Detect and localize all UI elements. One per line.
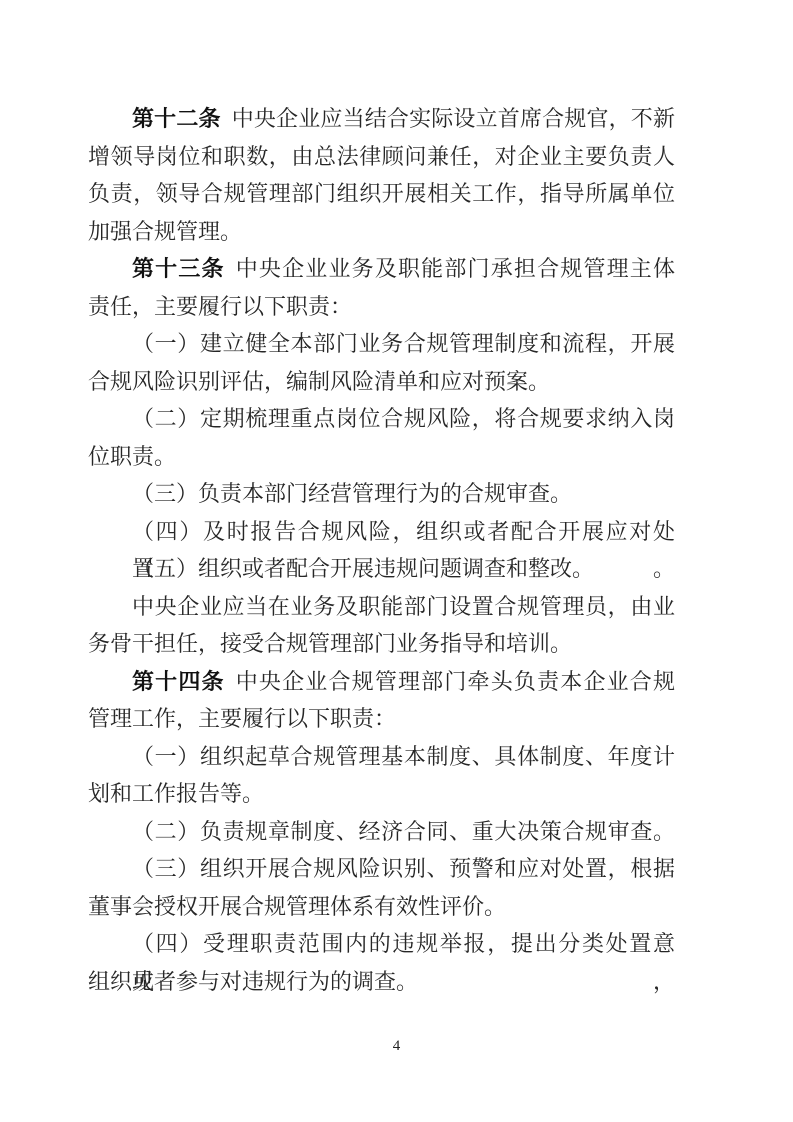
line-text: （一）组织起草合规管理基本制度、具体制度、年度计 [132, 744, 675, 769]
text-line: （五）组织或者配合开展违规问题调查和整改。 [88, 550, 675, 588]
paragraph-article-14: 第十四条中央企业合规管理部门牵头负责本企业合规 管理工作，主要履行以下职责： [88, 663, 675, 738]
line-text: 董事会授权开展合规管理体系有效性评价。 [88, 894, 506, 919]
line-text: （五）组织或者配合开展违规问题调查和整改。 [132, 556, 594, 581]
line-text: 位职责。 [88, 444, 176, 469]
text-line: 第十三条中央企业业务及职能部门承担合规管理主体 [88, 250, 675, 288]
text-line: （一）建立健全本部门业务合规管理制度和流程，开展 [88, 325, 675, 363]
line-text: 中央企业业务及职能部门承担合规管理主体 [236, 256, 675, 281]
article-number: 第十四条 [132, 669, 225, 694]
line-text: 组织或者参与对违规行为的调查。 [88, 969, 418, 994]
line-text: 合规风险识别评估，编制风险清单和应对预案。 [88, 369, 550, 394]
line-text: 加强合规管理。 [88, 219, 242, 244]
paragraph-item-5: （五）组织或者配合开展违规问题调查和整改。 [88, 550, 675, 588]
line-text: 中央企业应当结合实际设立首席合规官，不新 [232, 106, 675, 131]
paragraph-article-12: 第十二条中央企业应当结合实际设立首席合规官，不新 增领导岗位和职数，由总法律顾问… [88, 100, 675, 250]
line-text: 务骨干担任，接受合规管理部门业务指导和培训。 [88, 631, 572, 656]
page-number: 4 [0, 1036, 793, 1056]
text-line: 管理工作，主要履行以下职责： [88, 700, 675, 738]
text-line: 董事会授权开展合规管理体系有效性评价。 [88, 888, 675, 926]
paragraph-item-4: （四）及时报告合规风险，组织或者配合开展应对处置。 [88, 513, 675, 551]
line-text: 中央企业应当在业务及职能部门设置合规管理员，由业 [132, 594, 675, 619]
line-text: （二）定期梳理重点岗位合规风险，将合规要求纳入岗 [132, 406, 675, 431]
line-text: 增领导岗位和职数，由总法律顾问兼任，对企业主要负责人 [88, 144, 675, 169]
line-text: （二）负责规章制度、经济合同、重大决策合规审查。 [132, 819, 675, 844]
line-text: （一）建立健全本部门业务合规管理制度和流程，开展 [132, 331, 675, 356]
text-line: 合规风险识别评估，编制风险清单和应对预案。 [88, 363, 675, 401]
line-text: （三）组织开展合规风险识别、预警和应对处置，根据 [132, 856, 675, 881]
line-text: （三）负责本部门经营管理行为的合规审查。 [132, 481, 572, 506]
document-page: 第十二条中央企业应当结合实际设立首席合规官，不新 增领导岗位和职数，由总法律顾问… [0, 0, 793, 1122]
paragraph-item-2b: （二）负责规章制度、经济合同、重大决策合规审查。 [88, 813, 675, 851]
text-line: （一）组织起草合规管理基本制度、具体制度、年度计 [88, 738, 675, 776]
paragraph-item-3: （三）负责本部门经营管理行为的合规审查。 [88, 475, 675, 513]
text-line: 位职责。 [88, 438, 675, 476]
text-line: （四）及时报告合规风险，组织或者配合开展应对处置。 [88, 513, 675, 551]
line-text: 中央企业合规管理部门牵头负责本企业合规 [236, 669, 675, 694]
line-text: 管理工作，主要履行以下职责： [88, 706, 396, 731]
text-line: 增领导岗位和职数，由总法律顾问兼任，对企业主要负责人 [88, 138, 675, 176]
paragraph-item-1b: （一）组织起草合规管理基本制度、具体制度、年度计 划和工作报告等。 [88, 738, 675, 813]
text-line: 负责，领导合规管理部门组织开展相关工作，指导所属单位 [88, 175, 675, 213]
line-text: 责任，主要履行以下职责： [88, 294, 352, 319]
text-line: 第十四条中央企业合规管理部门牵头负责本企业合规 [88, 663, 675, 701]
text-line: 责任，主要履行以下职责： [88, 288, 675, 326]
text-line: （二）定期梳理重点岗位合规风险，将合规要求纳入岗 [88, 400, 675, 438]
article-number: 第十二条 [132, 106, 221, 131]
text-line: 中央企业应当在业务及职能部门设置合规管理员，由业 [88, 588, 675, 626]
text-line: 加强合规管理。 [88, 213, 675, 251]
text-line: 划和工作报告等。 [88, 775, 675, 813]
article-number: 第十三条 [132, 256, 225, 281]
paragraph-item-2: （二）定期梳理重点岗位合规风险，将合规要求纳入岗 位职责。 [88, 400, 675, 475]
paragraph-article-13: 第十三条中央企业业务及职能部门承担合规管理主体 责任，主要履行以下职责： [88, 250, 675, 325]
text-line: 第十二条中央企业应当结合实际设立首席合规官，不新 [88, 100, 675, 138]
text-line: （二）负责规章制度、经济合同、重大决策合规审查。 [88, 813, 675, 851]
paragraph-item-1: （一）建立健全本部门业务合规管理制度和流程，开展 合规风险识别评估，编制风险清单… [88, 325, 675, 400]
document-body: 第十二条中央企业应当结合实际设立首席合规官，不新 增领导岗位和职数，由总法律顾问… [88, 100, 675, 1000]
paragraph-compliance-officer: 中央企业应当在业务及职能部门设置合规管理员，由业 务骨干担任，接受合规管理部门业… [88, 588, 675, 663]
text-line: （三）负责本部门经营管理行为的合规审查。 [88, 475, 675, 513]
text-line: （三）组织开展合规风险识别、预警和应对处置，根据 [88, 850, 675, 888]
paragraph-item-3b: （三）组织开展合规风险识别、预警和应对处置，根据 董事会授权开展合规管理体系有效… [88, 850, 675, 925]
line-text: 负责，领导合规管理部门组织开展相关工作，指导所属单位 [88, 181, 675, 206]
text-line: 务骨干担任，接受合规管理部门业务指导和培训。 [88, 625, 675, 663]
line-text: 划和工作报告等。 [88, 781, 264, 806]
text-line: （四）受理职责范围内的违规举报，提出分类处置意见， [88, 925, 675, 963]
paragraph-item-4b: （四）受理职责范围内的违规举报，提出分类处置意见， 组织或者参与对违规行为的调查… [88, 925, 675, 1000]
